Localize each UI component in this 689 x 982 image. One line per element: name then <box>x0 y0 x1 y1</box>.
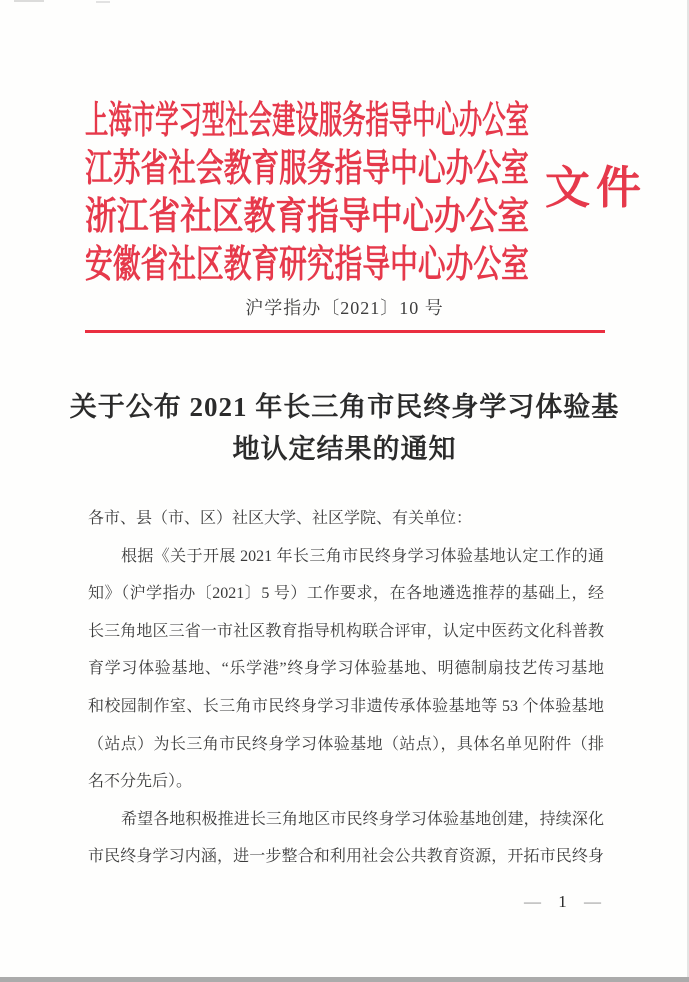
page-footer: — 1 — <box>524 892 601 912</box>
title-line-2: 地认定结果的通知 <box>0 428 689 470</box>
body-line: 市民终身学习内涵，进一步整合和利用社会公共教育资源，开拓市民终身 <box>88 838 604 876</box>
title-line-1: 关于公布 2021 年长三角市民终身学习体验基 <box>0 386 689 428</box>
body-line: 名不分先后）。 <box>88 763 604 801</box>
document-title: 关于公布 2021 年长三角市民终身学习体验基 地认定结果的通知 <box>0 386 689 470</box>
doc-type-label: 文件 <box>545 163 647 213</box>
body-line: 长三角地区三省一市社区教育指导机构联合评审，认定中医药文化科普教 <box>88 613 604 651</box>
body-line: （站点）为长三角市民终身学习体验基地（站点），具体名单见附件（排 <box>88 726 604 764</box>
scan-speck <box>96 1 110 3</box>
body-line: 和校园制作室、长三角市民终身学习非遗传承体验基地等 53 个体验基地 <box>88 688 604 726</box>
footer-dash-right: — <box>584 892 601 911</box>
document-page: 上海市学习型社会建设服务指导中心办公室 江苏省社会教育服务指导中心办公室 浙江省… <box>0 0 689 982</box>
footer-dash-left: — <box>524 892 541 911</box>
body-line: 希望各地积极推进长三角地区市民终身学习体验基地创建，持续深化 <box>88 801 604 839</box>
issuing-agency-line-3: 浙江省社区教育指导中心办公室 <box>85 195 529 239</box>
page-number: 1 <box>558 892 567 911</box>
red-divider-line <box>85 330 605 333</box>
body-salutation: 各市、县（市、区）社区大学、社区学院、有关单位： <box>88 500 604 538</box>
doc-reference-number: 沪学指办〔2021〕10 号 <box>0 294 689 320</box>
body-line: 知》（沪学指办〔2021〕5 号）工作要求，在各地遴选推荐的基础上，经 <box>88 575 604 613</box>
body-line: 根据《关于开展 2021 年长三角市民终身学习体验基地认定工作的通 <box>88 538 604 576</box>
issuing-agency-line-4: 安徽省社区教育研究指导中心办公室 <box>85 243 529 287</box>
body-line: 育学习体验基地、“乐学港”终身学习体验基地、明德制扇技艺传习基地 <box>88 650 604 688</box>
scan-speck <box>14 0 44 2</box>
issuing-agency-line-1: 上海市学习型社会建设服务指导中心办公室 <box>85 99 529 143</box>
scan-edge-bottom <box>0 977 689 982</box>
document-body: 各市、县（市、区）社区大学、社区学院、有关单位： 根据《关于开展 2021 年长… <box>88 500 604 876</box>
issuing-agency-line-2: 江苏省社会教育服务指导中心办公室 <box>85 147 529 191</box>
